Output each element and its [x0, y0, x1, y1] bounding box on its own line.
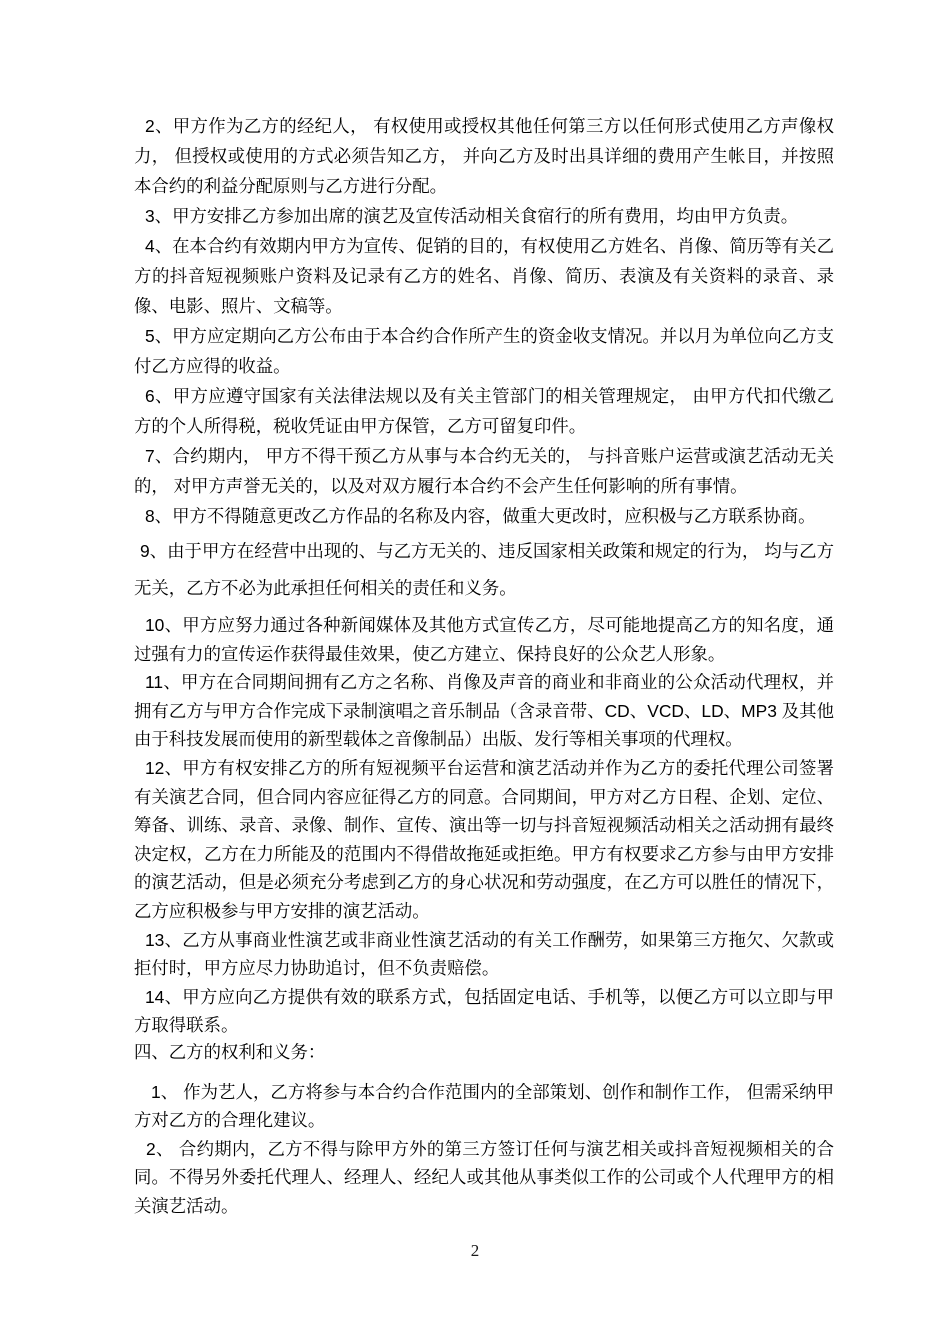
document-body: 2、甲方作为乙方的经纪人， 有权使用或授权其他任何第三方以任何形式使用乙方声像权…	[134, 111, 834, 1220]
paragraph-4: 5、甲方应定期向乙方公布由于本合约合作所产生的资金收支情况。并以月为单位向乙方支…	[134, 321, 834, 381]
paragraph-9: 10、甲方应努力通过各种新闻媒体及其他方式宣传乙方，尽可能地提高乙方的知名度，通…	[134, 611, 834, 668]
paragraph-16: 2、 合约期内，乙方不得与除甲方外的第三方签订任何与演艺相关或抖音短视频相关的合…	[134, 1135, 834, 1221]
paragraph-15: 1、 作为艺人，乙方将参与本合约合作范围内的全部策划、创作和制作工作， 但需采纳…	[134, 1078, 834, 1135]
paragraph-14: 四、乙方的权利和义务：	[134, 1040, 834, 1065]
paragraph-11: 12、甲方有权安排乙方的所有短视频平台运营和演艺活动并作为乙方的委托代理公司签署…	[134, 754, 834, 926]
paragraph-3: 4、在本合约有效期内甲方为宣传、促销的目的，有权使用乙方姓名、肖像、简历等有关乙…	[134, 231, 834, 321]
paragraph-12: 13、乙方从事商业性演艺或非商业性演艺活动的有关工作酬劳，如果第三方拖欠、欠款或…	[134, 926, 834, 983]
paragraph-10: 11、甲方在合同期间拥有乙方之名称、肖像及声音的商业和非商业的公众活动代理权，并…	[134, 668, 834, 754]
paragraph-1: 2、甲方作为乙方的经纪人， 有权使用或授权其他任何第三方以任何形式使用乙方声像权…	[134, 111, 834, 201]
paragraph-5: 6、甲方应遵守国家有关法律法规以及有关主管部门的相关管理规定， 由甲方代扣代缴乙…	[134, 381, 834, 441]
paragraph-7: 8、甲方不得随意更改乙方作品的名称及内容，做重大更改时，应积极与乙方联系协商。	[134, 501, 834, 531]
document-page: 2、甲方作为乙方的经纪人， 有权使用或授权其他任何第三方以任何形式使用乙方声像权…	[0, 0, 950, 1344]
paragraph-6: 7、合约期内， 甲方不得干预乙方从事与本合约无关的， 与抖音账户运营或演艺活动无…	[134, 441, 834, 501]
paragraph-13: 14、甲方应向乙方提供有效的联系方式，包括固定电话、手机等，以便乙方可以立即与甲…	[134, 983, 834, 1040]
paragraph-2: 3、甲方安排乙方参加出席的演艺及宣传活动相关食宿行的所有费用，均由甲方负责。	[134, 201, 834, 231]
page-number: 2	[0, 1241, 950, 1261]
paragraph-8: 9、由于甲方在经营中出现的、与乙方无关的、违反国家相关政策和规定的行为， 均与乙…	[134, 533, 834, 607]
